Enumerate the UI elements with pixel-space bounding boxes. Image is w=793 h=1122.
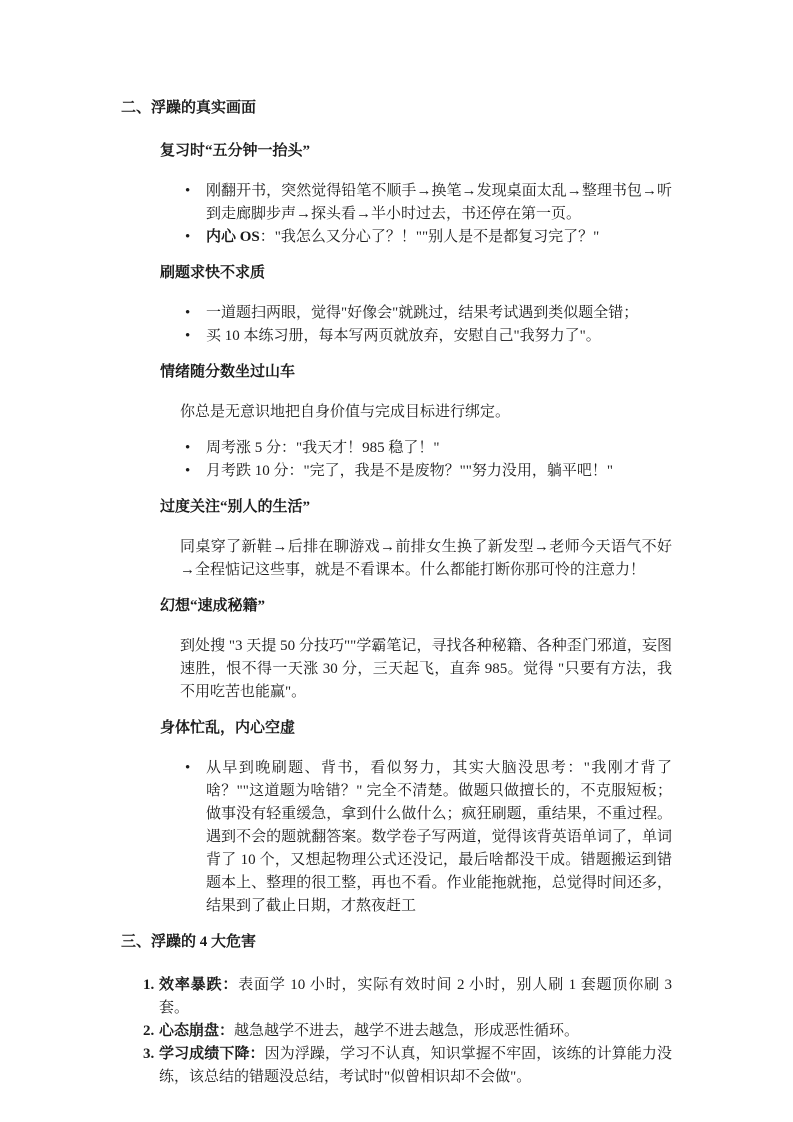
numbered-text: 效率暴跌：表面学 10 小时，实际有效时间 2 小时，别人刷 1 套题顶你刷 3… bbox=[159, 974, 672, 1020]
section-3-title: 三、浮躁的 4 大危害 bbox=[121, 931, 672, 954]
bullet-icon: • bbox=[185, 325, 206, 348]
bullet-text: 买 10 本练习册，每本写两页就放弃，安慰自己"我努力了"。 bbox=[206, 325, 672, 348]
numbered-item: 1. 效率暴跌：表面学 10 小时，实际有效时间 2 小时，别人刷 1 套题顶你… bbox=[143, 974, 672, 1020]
bullet-icon: • bbox=[185, 302, 206, 325]
bullet-icon: • bbox=[185, 437, 206, 460]
numbered-text: 学习成绩下降：因为浮躁，学习不认真，知识掌握不牢固，该练的计算能力没练，该总结的… bbox=[159, 1043, 672, 1089]
subheading-others-life: 过度关注“别人的生活” bbox=[160, 496, 672, 519]
item-number: 1. bbox=[143, 974, 159, 1020]
bullet-icon: • bbox=[185, 226, 206, 249]
bullet-item: • 月考跌 10 分："完了，我是不是废物？""努力没用，躺平吧！" bbox=[185, 460, 672, 483]
section-2-title: 二、浮躁的真实画面 bbox=[121, 97, 672, 120]
numbered-text: 心态崩盘：越急越学不进去，越学不进去越急，形成恶性循环。 bbox=[159, 1020, 672, 1043]
subheading-emotion-rollercoaster: 情绪随分数坐过山车 bbox=[160, 361, 672, 384]
bullet-icon: • bbox=[185, 180, 206, 226]
bullet-text: 从早到晚刷题、背书，看似努力，其实大脑没思考："我刚才背了啥？""这道题为啥错？… bbox=[206, 757, 672, 918]
item-number: 3. bbox=[143, 1043, 159, 1089]
bullet-icon: • bbox=[185, 460, 206, 483]
numbered-list-harms: 1. 效率暴跌：表面学 10 小时，实际有效时间 2 小时，别人刷 1 套题顶你… bbox=[121, 974, 672, 1089]
bullet-text: 月考跌 10 分："完了，我是不是废物？""努力没用，躺平吧！" bbox=[206, 460, 672, 483]
paragraph-emotion: 你总是无意识地把自身价值与完成目标进行绑定。 bbox=[180, 401, 672, 424]
bullet-icon: • bbox=[185, 757, 206, 918]
bullet-text: 一道题扫两眼，觉得"好像会"就跳过，结果考试遇到类似题全错； bbox=[206, 302, 672, 325]
bullet-text-rest: ："我怎么又分心了？！""别人是不是都复习完了？" bbox=[260, 229, 600, 245]
item-bold-label: 效率暴跌： bbox=[159, 977, 238, 993]
subheading-five-min-lookup: 复习时“五分钟一抬头” bbox=[160, 140, 672, 163]
numbered-item: 2. 心态崩盘：越急越学不进去，越学不进去越急，形成恶性循环。 bbox=[143, 1020, 672, 1043]
item-number: 2. bbox=[143, 1020, 159, 1043]
item-bold-label: 心态崩盘： bbox=[159, 1023, 234, 1039]
bullet-item: • 从早到晚刷题、背书，看似努力，其实大脑没思考："我刚才背了啥？""这道题为啥… bbox=[185, 757, 672, 918]
subheading-rush-problems: 刷题求快不求质 bbox=[160, 262, 672, 285]
bullet-item: • 一道题扫两眼，觉得"好像会"就跳过，结果考试遇到类似题全错； bbox=[185, 302, 672, 325]
bullet-item: • 内心 OS："我怎么又分心了？！""别人是不是都复习完了？" bbox=[185, 226, 672, 249]
bullet-list-busy: • 从早到晚刷题、背书，看似努力，其实大脑没思考："我刚才背了啥？""这道题为啥… bbox=[121, 757, 672, 918]
item-bold-label: 学习成绩下降： bbox=[159, 1046, 265, 1062]
document-page: 二、浮躁的真实画面 复习时“五分钟一抬头” • 刚翻开书，突然觉得铅笔不顺手→换… bbox=[0, 0, 793, 1122]
paragraph-others-life: 同桌穿了新鞋→后排在聊游戏→前排女生换了新发型→老师今天语气不好→全程惦记这些事… bbox=[180, 536, 672, 582]
bullet-item: • 刚翻开书，突然觉得铅笔不顺手→换笔→发现桌面太乱→整理书包→听到走廊脚步声→… bbox=[185, 180, 672, 226]
numbered-item: 3. 学习成绩下降：因为浮躁，学习不认真，知识掌握不牢固，该练的计算能力没练，该… bbox=[143, 1043, 672, 1089]
bullet-item: • 买 10 本练习册，每本写两页就放弃，安慰自己"我努力了"。 bbox=[185, 325, 672, 348]
bullet-text: 内心 OS："我怎么又分心了？！""别人是不是都复习完了？" bbox=[206, 226, 672, 249]
bullet-item: • 周考涨 5 分："我天才！985 稳了！" bbox=[185, 437, 672, 460]
bullet-text: 刚翻开书，突然觉得铅笔不顺手→换笔→发现桌面太乱→整理书包→听到走廊脚步声→探头… bbox=[206, 180, 672, 226]
paragraph-quick-fix: 到处搜 "3 天提 50 分技巧""学霸笔记，寻找各种秘籍、各种歪门邪道，妄图速… bbox=[180, 635, 672, 704]
item-text-rest: 越急越学不进去，越学不进去越急，形成恶性循环。 bbox=[234, 1023, 579, 1039]
bullet-bold-prefix: 内心 OS bbox=[206, 229, 260, 245]
bullet-list-rush: • 一道题扫两眼，觉得"好像会"就跳过，结果考试遇到类似题全错； • 买 10 … bbox=[121, 302, 672, 348]
bullet-list-review: • 刚翻开书，突然觉得铅笔不顺手→换笔→发现桌面太乱→整理书包→听到走廊脚步声→… bbox=[121, 180, 672, 249]
subheading-quick-fix-fantasy: 幻想“速成秘籍” bbox=[160, 595, 672, 618]
bullet-list-emotion: • 周考涨 5 分："我天才！985 稳了！" • 月考跌 10 分："完了，我… bbox=[121, 437, 672, 483]
subheading-busy-body-empty-mind: 身体忙乱，内心空虚 bbox=[160, 717, 672, 740]
bullet-text: 周考涨 5 分："我天才！985 稳了！" bbox=[206, 437, 672, 460]
